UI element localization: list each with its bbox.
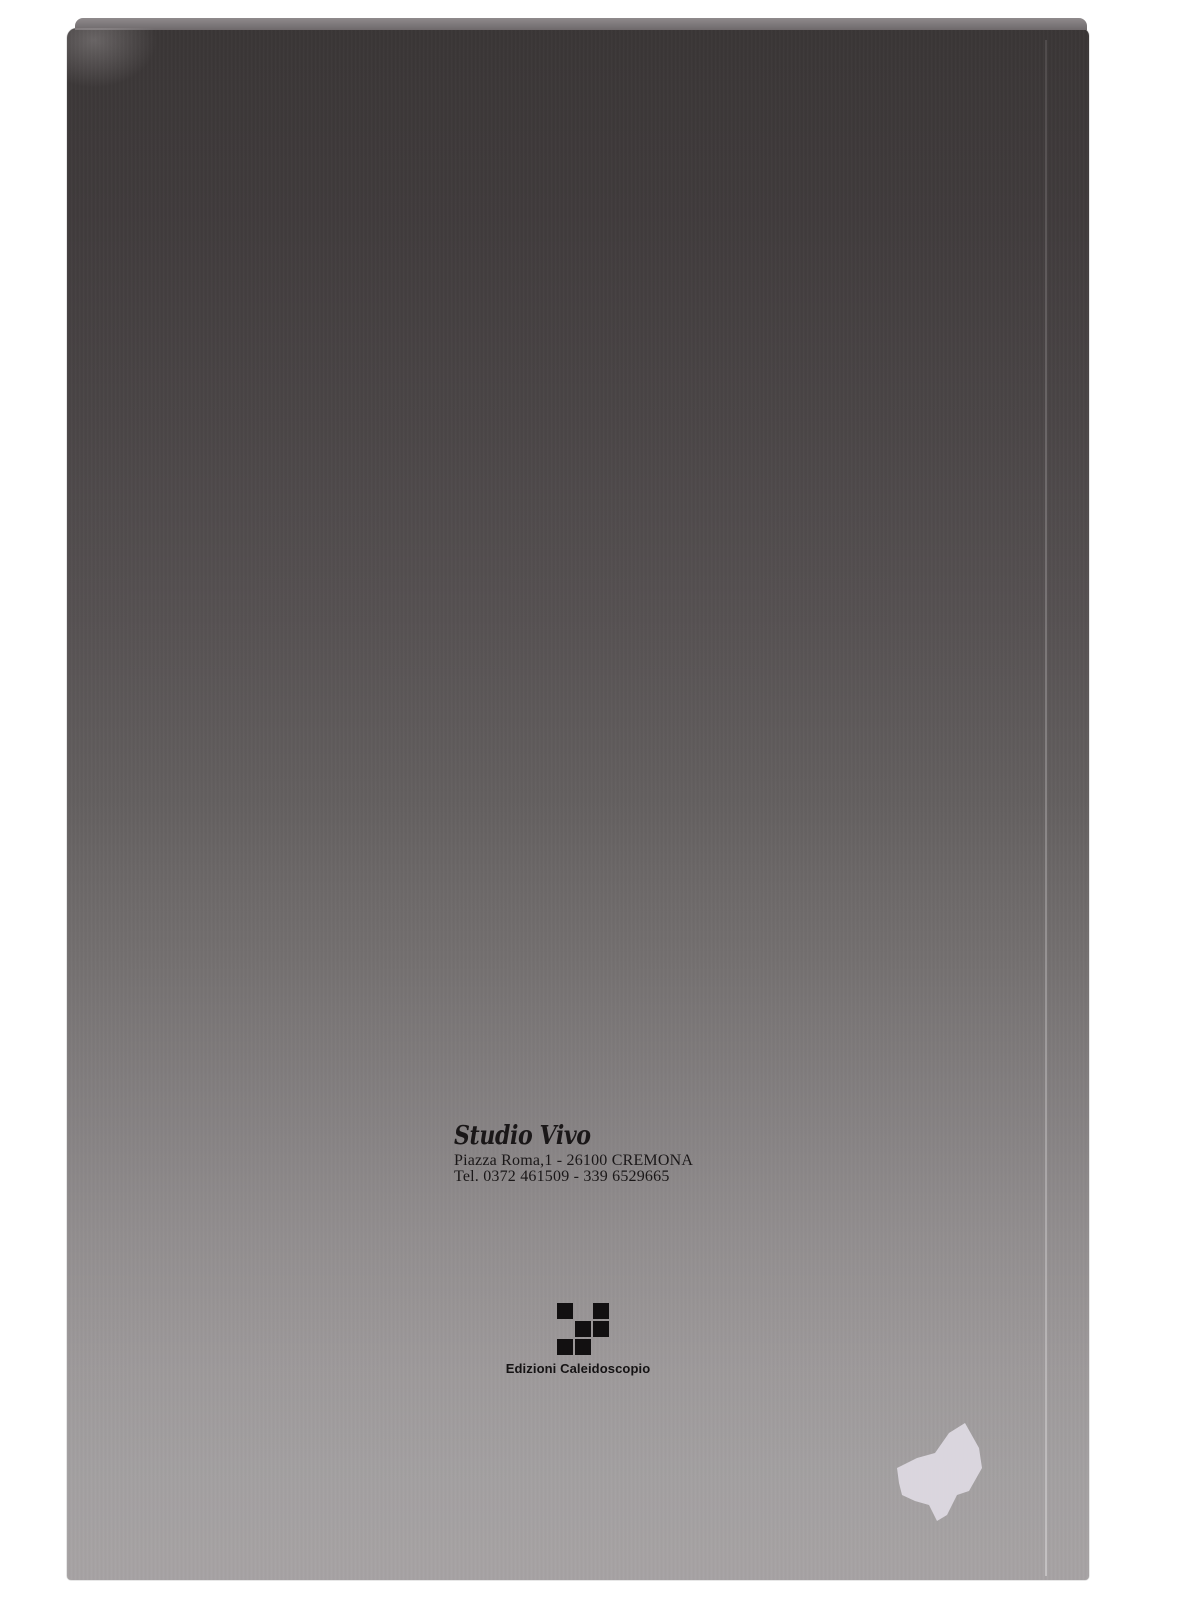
logo-block: [557, 1321, 573, 1337]
book-back-cover: Studio Vivo Piazza Roma,1 - 26100 CREMON…: [67, 28, 1089, 1580]
studio-imprint: Studio Vivo Piazza Roma,1 - 26100 CREMON…: [454, 1121, 693, 1185]
logo-block: [557, 1339, 573, 1355]
studio-address: Piazza Roma,1 - 26100 CREMONA: [454, 1153, 693, 1169]
studio-name: Studio Vivo: [454, 1121, 657, 1151]
checkered-blocks-logo-icon: [557, 1303, 609, 1355]
logo-block: [575, 1321, 591, 1337]
studio-phone: Tel. 0372 461509 - 339 6529665: [454, 1169, 693, 1185]
logo-block: [575, 1303, 591, 1319]
logo-block: [575, 1339, 591, 1355]
publisher-name: Edizioni Caleidoscopio: [67, 1361, 1089, 1376]
logo-block: [593, 1303, 609, 1319]
logo-block: [557, 1303, 573, 1319]
book-top-edge: [75, 18, 1087, 30]
torn-label-patch: [887, 1423, 987, 1523]
publisher-block: Edizioni Caleidoscopio: [67, 1303, 1089, 1376]
logo-block: [593, 1321, 609, 1337]
corner-wear: [67, 28, 157, 88]
logo-block: [593, 1339, 609, 1355]
